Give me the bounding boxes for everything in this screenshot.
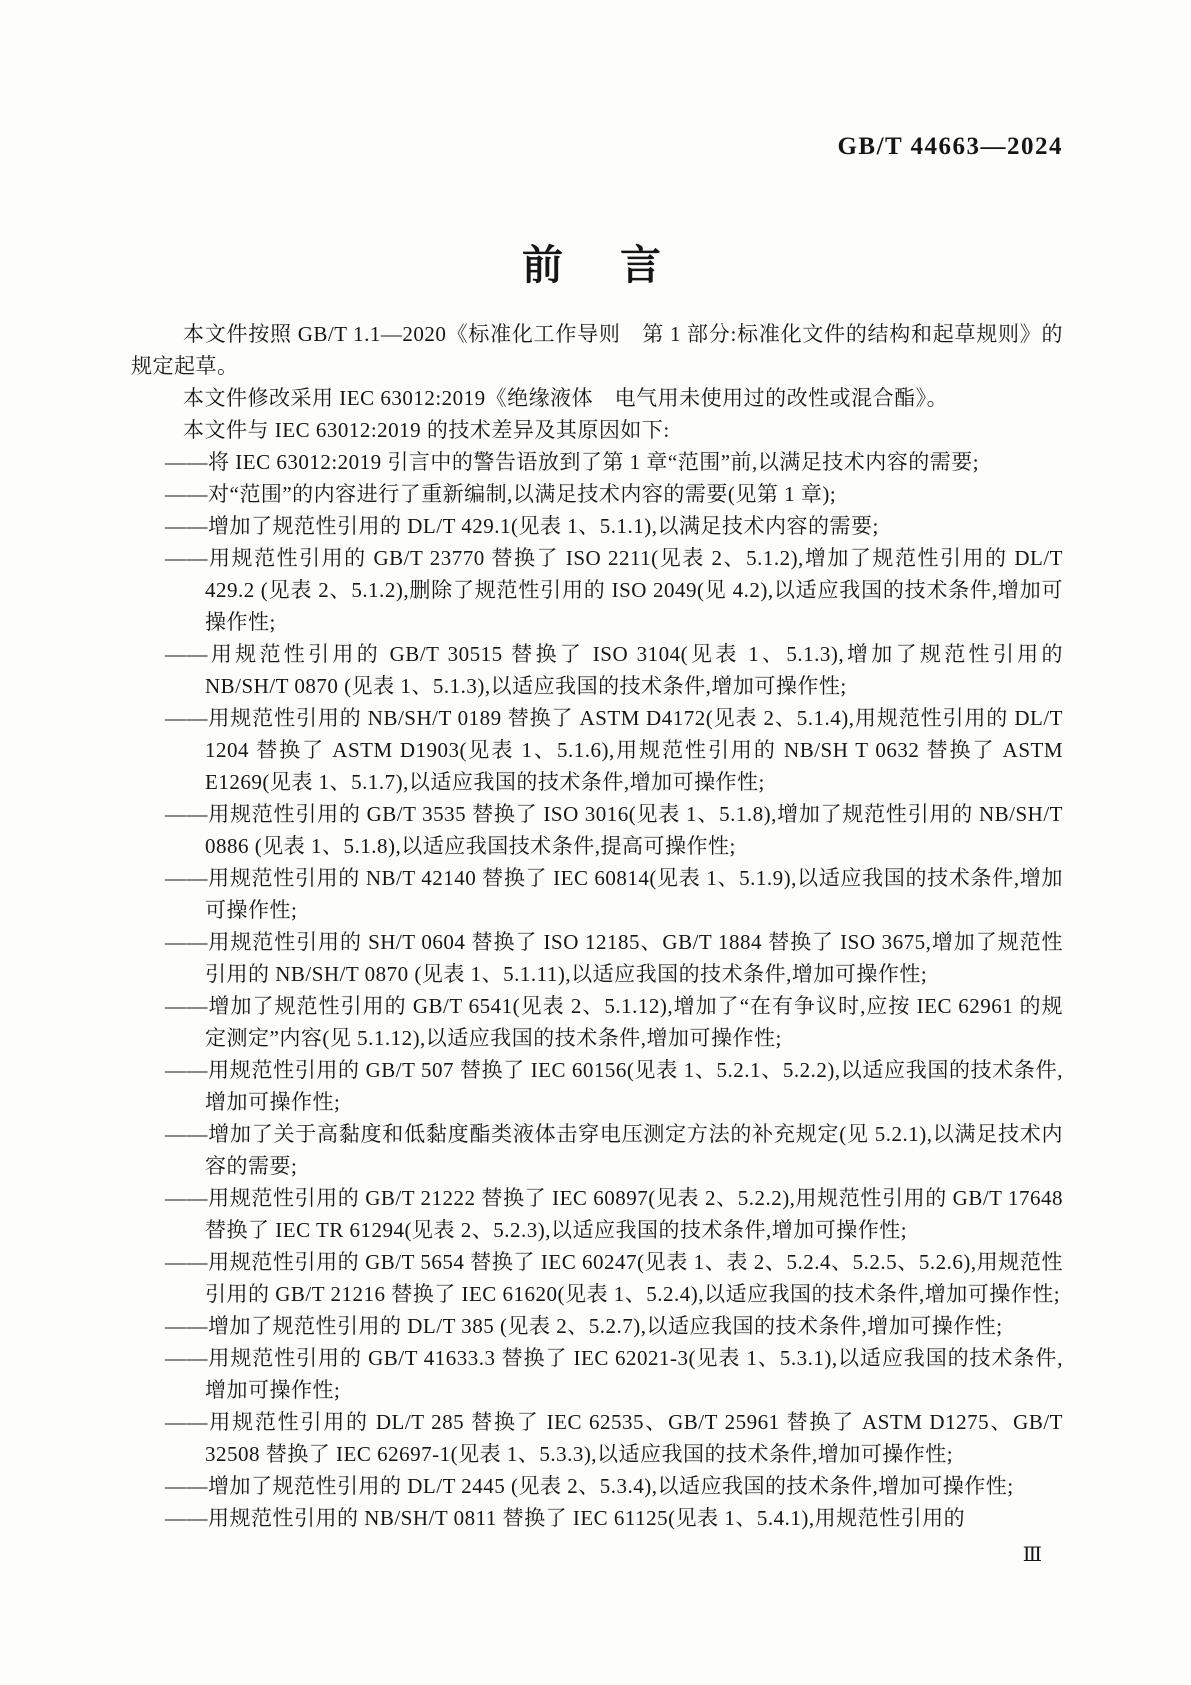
list-item: ——用规范性引用的 GB/T 41633.3 替换了 IEC 62021-3(见… bbox=[131, 1342, 1063, 1406]
list-item: ——对“范围”的内容进行了重新编制,以满足技术内容的需要(见第 1 章); bbox=[131, 478, 1063, 510]
document-page: GB/T 44663—2024 前 言 本文件按照 GB/T 1.1—2020《… bbox=[0, 0, 1191, 1685]
list-item: ——增加了规范性引用的 DL/T 2445 (见表 2、5.3.4),以适应我国… bbox=[131, 1470, 1063, 1502]
list-item: ——增加了关于高黏度和低黏度酯类液体击穿电压测定方法的补充规定(见 5.2.1)… bbox=[131, 1118, 1063, 1182]
list-item: ——用规范性引用的 GB/T 5654 替换了 IEC 60247(见表 1、表… bbox=[131, 1246, 1063, 1310]
list-item: ——增加了规范性引用的 DL/T 429.1(见表 1、5.1.1),以满足技术… bbox=[131, 510, 1063, 542]
document-body: 本文件按照 GB/T 1.1—2020《标准化工作导则 第 1 部分:标准化文件… bbox=[131, 318, 1063, 1534]
paragraph: 本文件按照 GB/T 1.1—2020《标准化工作导则 第 1 部分:标准化文件… bbox=[131, 318, 1063, 382]
page-number: Ⅲ bbox=[1023, 1544, 1043, 1566]
list-item: ——用规范性引用的 DL/T 285 替换了 IEC 62535、GB/T 25… bbox=[131, 1406, 1063, 1470]
list-item: ——用规范性引用的 GB/T 30515 替换了 ISO 3104(见表 1、5… bbox=[131, 638, 1063, 702]
paragraph: 本文件与 IEC 63012:2019 的技术差异及其原因如下: bbox=[131, 414, 1063, 446]
list-item: ——用规范性引用的 GB/T 3535 替换了 ISO 3016(见表 1、5.… bbox=[131, 798, 1063, 862]
list-item: ——用规范性引用的 NB/SH/T 0811 替换了 IEC 61125(见表 … bbox=[131, 1502, 1063, 1534]
list-item: ——用规范性引用的 NB/SH/T 0189 替换了 ASTM D4172(见表… bbox=[131, 702, 1063, 798]
list-item: ——用规范性引用的 GB/T 23770 替换了 ISO 2211(见表 2、5… bbox=[131, 542, 1063, 638]
paragraph: 本文件修改采用 IEC 63012:2019《绝缘液体 电气用未使用过的改性或混… bbox=[131, 382, 1063, 414]
standard-number: GB/T 44663—2024 bbox=[837, 133, 1063, 160]
page-header: GB/T 44663—2024 bbox=[131, 133, 1063, 161]
list-item: ——用规范性引用的 GB/T 507 替换了 IEC 60156(见表 1、5.… bbox=[131, 1054, 1063, 1118]
page-title: 前 言 bbox=[0, 232, 1191, 291]
page-footer: Ⅲ bbox=[1023, 1542, 1043, 1567]
list-item: ——增加了规范性引用的 GB/T 6541(见表 2、5.1.12),增加了“在… bbox=[131, 990, 1063, 1054]
list-item: ——用规范性引用的 SH/T 0604 替换了 ISO 12185、GB/T 1… bbox=[131, 926, 1063, 990]
list-item: ——增加了规范性引用的 DL/T 385 (见表 2、5.2.7),以适应我国的… bbox=[131, 1310, 1063, 1342]
list-item: ——用规范性引用的 NB/T 42140 替换了 IEC 60814(见表 1、… bbox=[131, 862, 1063, 926]
list-item: ——用规范性引用的 GB/T 21222 替换了 IEC 60897(见表 2、… bbox=[131, 1182, 1063, 1246]
list-item: ——将 IEC 63012:2019 引言中的警告语放到了第 1 章“范围”前,… bbox=[131, 446, 1063, 478]
